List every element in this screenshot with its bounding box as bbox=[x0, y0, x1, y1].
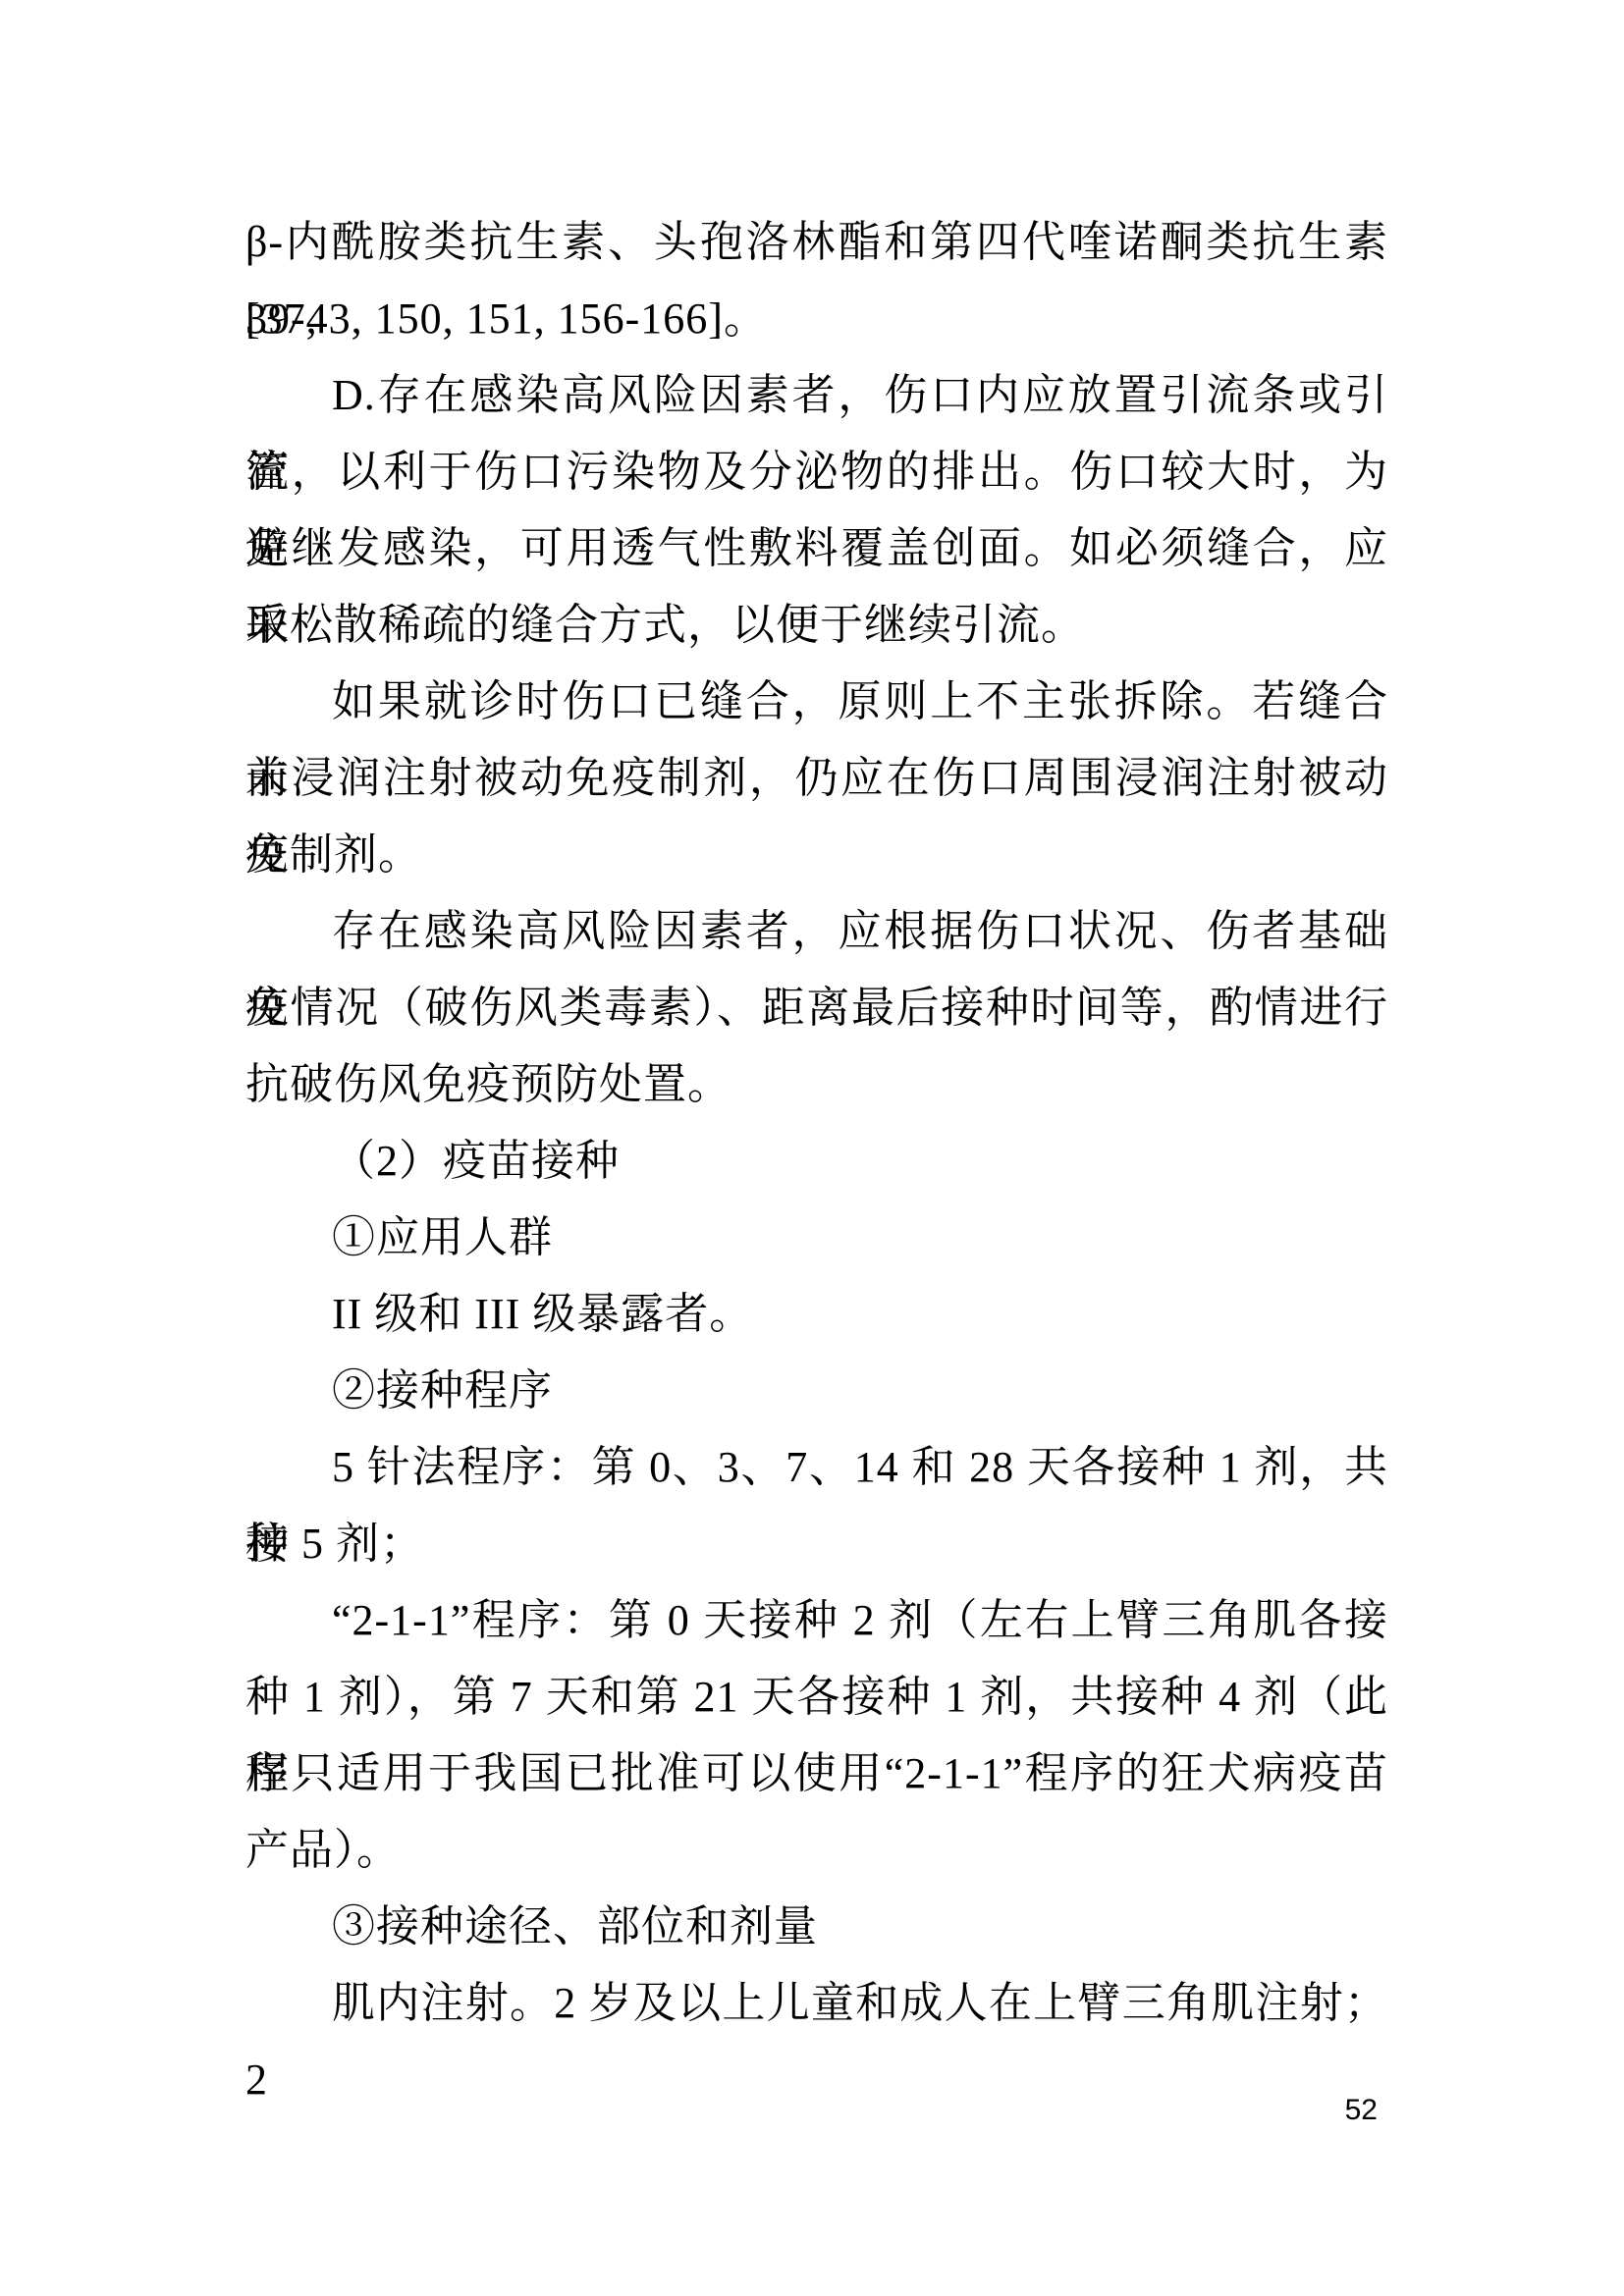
text-line: ①应用人群 bbox=[245, 1200, 1388, 1276]
text-line: ③接种途径、部位和剂量 bbox=[245, 1889, 1388, 1965]
text-line: 免继发感染，可用透气性敷料覆盖创面。如必须缝合，应采 bbox=[245, 510, 1388, 587]
text-line: 未浸润注射被动免疫制剂，仍应在伤口周围浸润注射被动免 bbox=[245, 740, 1388, 817]
text-line: “2-1-1”程序：第 0 天接种 2 剂（左右上臂三角肌各接 bbox=[245, 1582, 1388, 1659]
text-line: 肌内注射。2 岁及以上儿童和成人在上臂三角肌注射；2 bbox=[245, 1965, 1388, 2042]
text-line: 5 针法程序：第 0、3、7、14 和 28 天各接种 1 剂，共接 bbox=[245, 1429, 1388, 1506]
text-line: 产品）。 bbox=[245, 1812, 1388, 1889]
text-line: 39-43, 150, 151, 156-166]。 bbox=[245, 281, 1388, 357]
text-line: （2）疫苗接种 bbox=[245, 1123, 1388, 1200]
text-line: D.存在感染高风险因素者，伤口内应放置引流条或引流 bbox=[245, 357, 1388, 434]
text-line: 管，以利于伤口污染物及分泌物的排出。伤口较大时，为避 bbox=[245, 434, 1388, 510]
text-line: 种 1 剂），第 7 天和第 21 天各接种 1 剂，共接种 4 剂（此程 bbox=[245, 1659, 1388, 1735]
page-number: 52 bbox=[245, 2093, 1378, 2128]
text-line: 种 5 剂； bbox=[245, 1506, 1388, 1582]
text-line: 疫情况（破伤风类毒素）、距离最后接种时间等，酌情进行 bbox=[245, 970, 1388, 1046]
text-line: 序只适用于我国已批准可以使用“2-1-1”程序的狂犬病疫苗 bbox=[245, 1735, 1388, 1812]
text-line: 取松散稀疏的缝合方式，以便于继续引流。 bbox=[245, 587, 1388, 664]
text-line: 如果就诊时伤口已缝合，原则上不主张拆除。若缝合前 bbox=[245, 664, 1388, 740]
text-line: ②接种程序 bbox=[245, 1353, 1388, 1429]
text-line: 存在感染高风险因素者，应根据伤口状况、伤者基础免 bbox=[245, 893, 1388, 970]
body-text: β-内酰胺类抗生素、头孢洛林酯和第四代喹诺酮类抗生素[37,39-43, 150… bbox=[245, 204, 1388, 2042]
text-line: 抗破伤风免疫预防处置。 bbox=[245, 1046, 1388, 1123]
document-page: β-内酰胺类抗生素、头孢洛林酯和第四代喹诺酮类抗生素[37,39-43, 150… bbox=[0, 0, 1624, 2296]
text-line: β-内酰胺类抗生素、头孢洛林酯和第四代喹诺酮类抗生素[37, bbox=[245, 204, 1388, 281]
text-line: 疫制剂。 bbox=[245, 817, 1388, 893]
text-line: II 级和 III 级暴露者。 bbox=[245, 1276, 1388, 1353]
